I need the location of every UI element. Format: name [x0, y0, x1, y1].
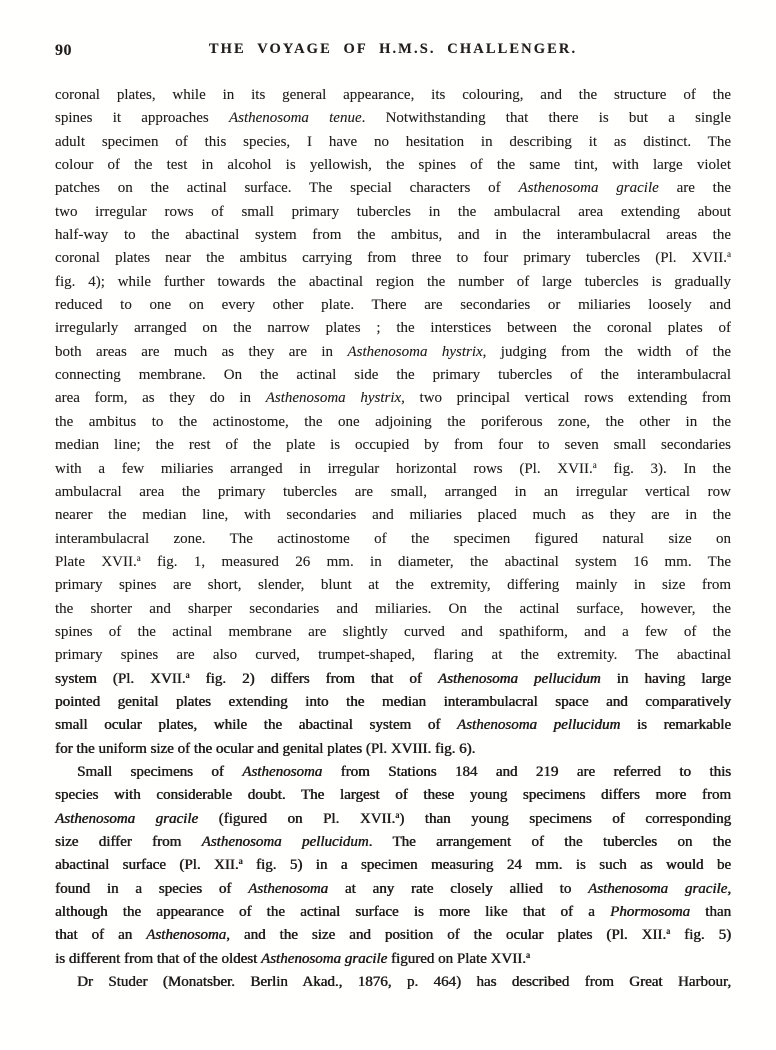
text-line: primary spines are short, slender, blunt… — [55, 574, 731, 597]
text-line: area form, as they do in Asthenosoma hys… — [55, 387, 731, 410]
page-number: 90 — [55, 42, 72, 60]
text-line: Asthenosoma gracile (figured on Pl. XVII… — [55, 808, 731, 831]
text-line: small ocular plates, while the abactinal… — [55, 714, 731, 737]
text-line: Dr Studer (Monatsber. Berlin Akad., 1876… — [55, 971, 731, 994]
text-line: although the appearance of the actinal s… — [55, 901, 731, 924]
scanned-book-page: 90 THE VOYAGE OF H.M.S. CHALLENGER. coro… — [0, 0, 776, 1050]
text-line: for the uniform size of the ocular and g… — [55, 738, 731, 761]
text-line: adult specimen of this species, I have n… — [55, 131, 731, 154]
text-line: ambulacral area the primary tubercles ar… — [55, 481, 731, 504]
text-line: colour of the test in alcohol is yellowi… — [55, 154, 731, 177]
text-line: irregularly arranged on the narrow plate… — [55, 317, 731, 340]
text-line: both areas are much as they are in Asthe… — [55, 341, 731, 364]
text-line: size differ from Asthenosoma pellucidum.… — [55, 831, 731, 854]
text-line: the shorter and sharper secondaries and … — [55, 598, 731, 621]
text-line: pointed genital plates extending into th… — [55, 691, 731, 714]
text-line: fig. 4); while further towards the abact… — [55, 271, 731, 294]
text-line: found in a species of Asthenosoma at any… — [55, 878, 731, 901]
text-line: median line; the rest of the plate is oc… — [55, 434, 731, 457]
text-line: two irregular rows of small primary tube… — [55, 201, 731, 224]
text-line: abactinal surface (Pl. XII.a fig. 5) in … — [55, 854, 731, 877]
text-line: that of an Asthenosoma, and the size and… — [55, 924, 731, 947]
text-line: connecting membrane. On the actinal side… — [55, 364, 731, 387]
text-line: the ambitus to the actinostome, the one … — [55, 411, 731, 434]
text-line: coronal plates, while in its general app… — [55, 84, 731, 107]
text-line: patches on the actinal surface. The spec… — [55, 177, 731, 200]
text-line: reduced to one on every other plate. The… — [55, 294, 731, 317]
text-line: nearer the median line, with secondaries… — [55, 504, 731, 527]
text-line: spines of the actinal membrane are sligh… — [55, 621, 731, 644]
text-line: Plate XVII.a fig. 1, measured 26 mm. in … — [55, 551, 731, 574]
text-line: coronal plates near the ambitus carrying… — [55, 247, 731, 270]
text-line: half-way to the abactinal system from th… — [55, 224, 731, 247]
text-line: with a few miliaries arranged in irregul… — [55, 458, 731, 481]
text-line: spines it approaches Asthenosoma tenue. … — [55, 107, 731, 130]
page-header: 90 THE VOYAGE OF H.M.S. CHALLENGER. — [55, 41, 731, 63]
text-line: is different from that of the oldest Ast… — [55, 948, 731, 971]
text-line: primary spines are also curved, trumpet-… — [55, 644, 731, 667]
text-line: interambulacral zone. The actinostome of… — [55, 528, 731, 551]
text-line: Small specimens of Asthenosoma from Stat… — [55, 761, 731, 784]
running-title: THE VOYAGE OF H.M.S. CHALLENGER. — [55, 41, 731, 58]
text-line: species with considerable doubt. The lar… — [55, 784, 731, 807]
page-body: coronal plates, while in its general app… — [55, 84, 731, 994]
text-line: system (Pl. XVII.a fig. 2) differs from … — [55, 668, 731, 691]
